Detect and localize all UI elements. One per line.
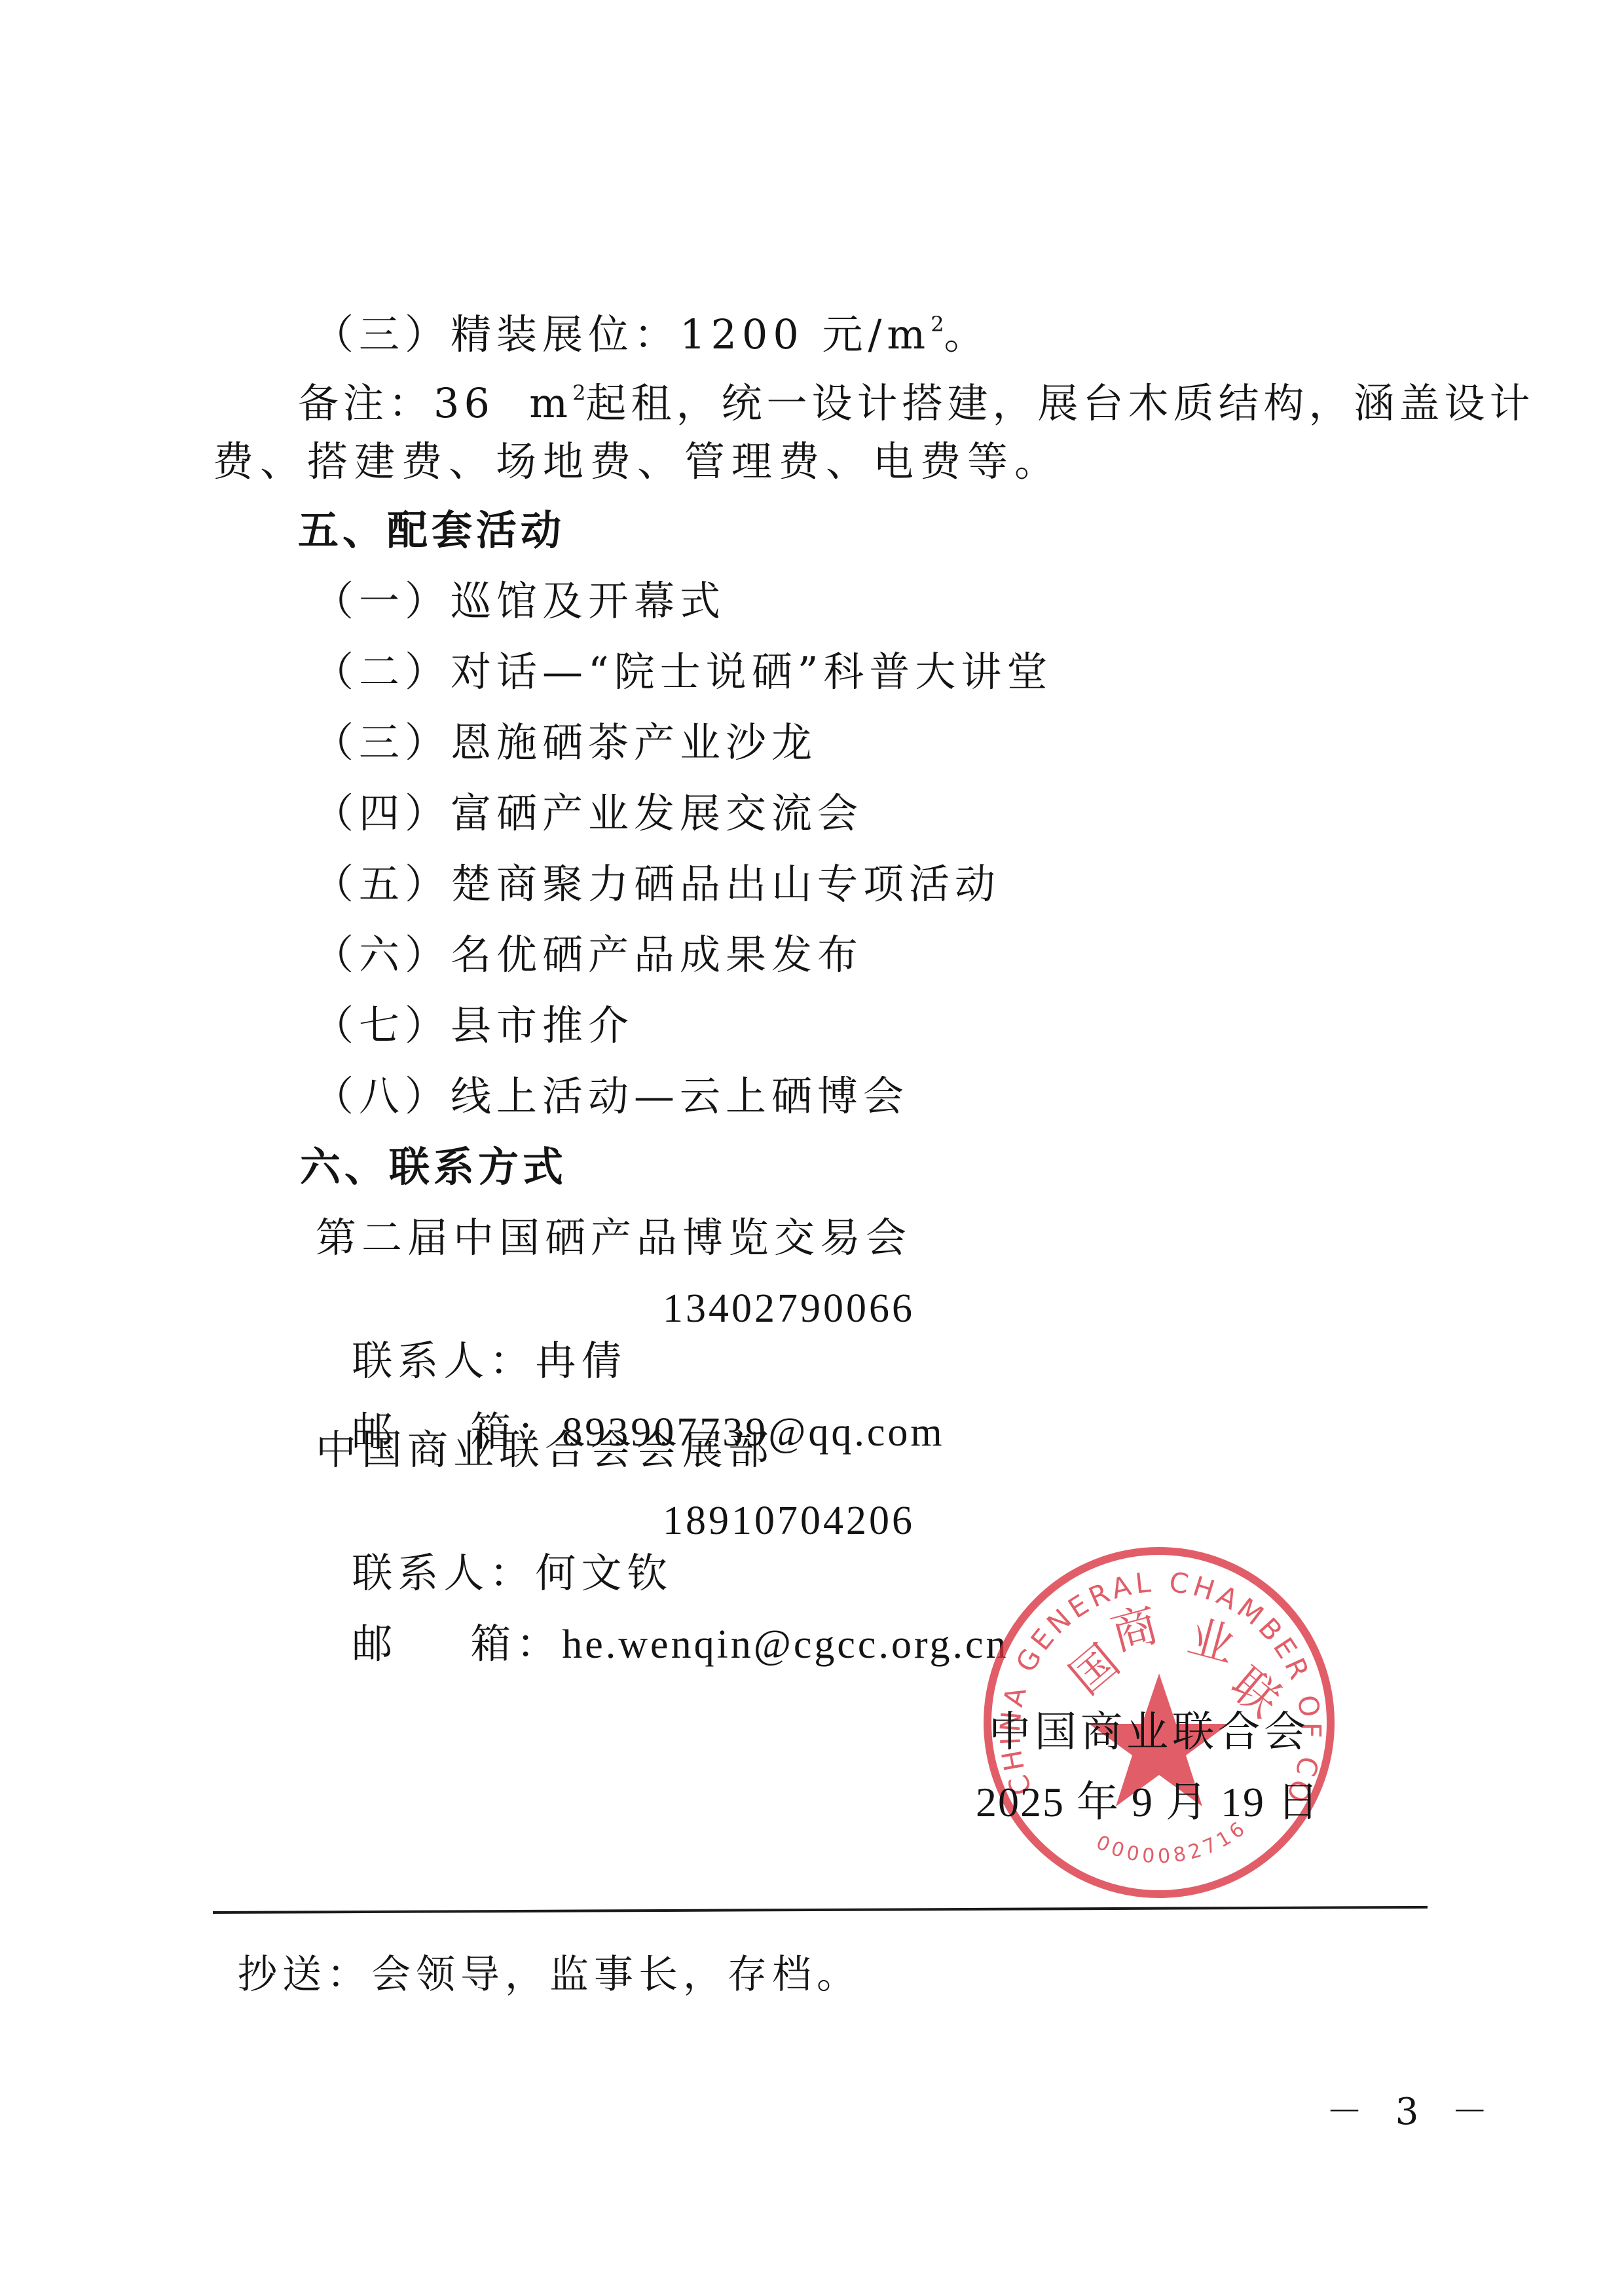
email-label: 邮 箱： [352,1620,562,1668]
activity-item: （四）富硒产业发展交流会 [313,787,863,840]
activity-item: （六）名优硒产品成果发布 [313,929,863,981]
activity-item: （二）对话—“院士说硒”科普大讲堂 [313,646,1052,698]
section-6-heading: 六、联系方式 [300,1141,567,1193]
pricing-item-3-suffix: 。 [944,310,990,358]
contact-organization: 中国商业联合会会展部 [316,1424,774,1476]
svg-text:商: 商 [1105,1597,1164,1661]
contact-phone: 13402790066 [663,1282,915,1335]
page-number: － 3 － [1326,2089,1498,2135]
contact-email[interactable]: he.wenqin@cgcc.org.cn [562,1622,1008,1667]
superscript-2: 2 [572,381,585,405]
footer-divider [213,1906,1428,1914]
signature-organization: 中国商业联合会 [989,1706,1310,1759]
activity-item: （八）线上活动—云上硒博会 [313,1070,909,1123]
svg-text:业: 业 [1183,1609,1241,1673]
activity-item: （五）楚商聚力硒品出山专项活动 [313,858,1001,910]
pricing-note-line-1: 备注：36 m2起租，统一设计搭建，展台木质结构，涵盖设计 [298,367,1534,430]
signature-date: 2025 年 9 月 19 日 [976,1776,1320,1829]
contact-email-row: 邮 箱：he.wenqin@cgcc.org.cn [316,1565,1009,1671]
contact-phone: 18910704206 [663,1495,915,1547]
cc-line: 抄送：会领导，监事长，存档。 [238,1949,861,2001]
pricing-item-3-label: （三）精装展位：1200 元/m [313,310,931,358]
activity-item: （一）巡馆及开幕式 [313,575,726,627]
note-suffix: 起租，统一设计搭建，展台木质结构，涵盖设计 [585,379,1534,427]
superscript-2: 2 [931,312,944,337]
pricing-item-3: （三）精装展位：1200 元/m2。 [313,298,990,361]
contact-organization: 第二届中国硒产品博览交易会 [316,1212,912,1264]
section-5-heading: 五、配套活动 [298,504,565,557]
activity-item: （三）恩施硒茶产业沙龙 [313,717,817,769]
note-prefix: 备注：36 m [298,379,572,427]
pricing-note-line-2: 费、搭建费、场地费、管理费、电费等。 [213,436,1061,488]
activity-item: （七）县市推介 [313,999,634,1052]
